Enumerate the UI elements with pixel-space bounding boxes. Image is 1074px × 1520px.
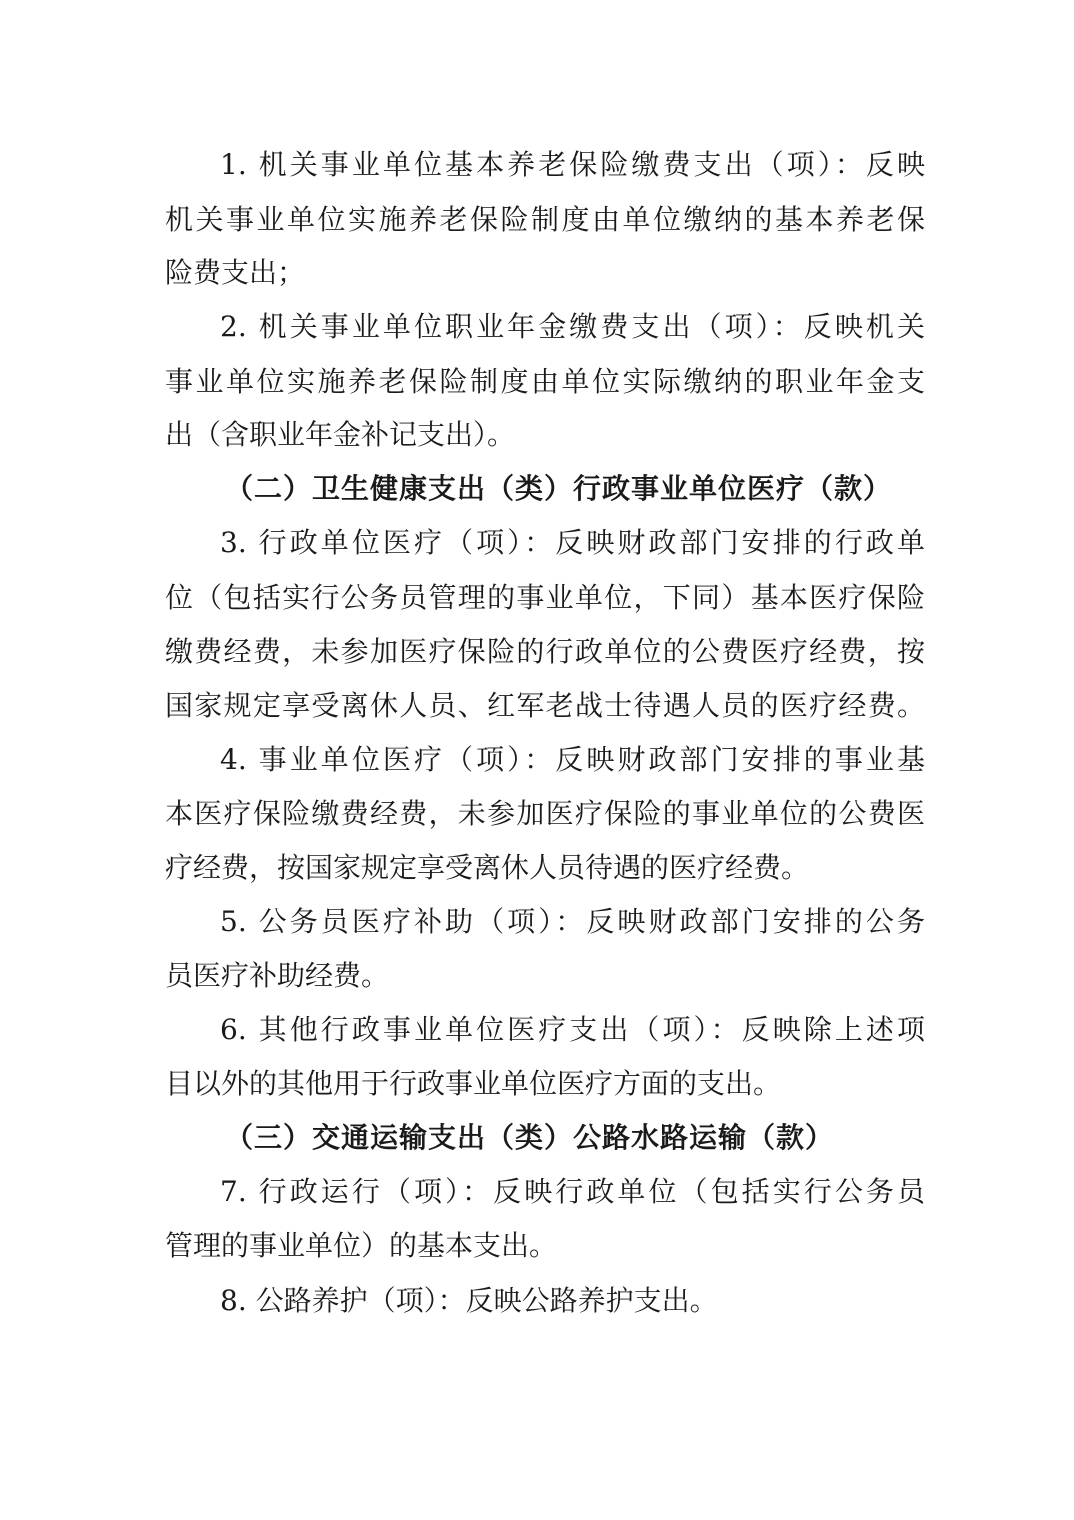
paragraph-7-line-1: 7. 行政运行（项）：反映行政单位（包括实行公务员 xyxy=(220,1172,925,1212)
section-heading-health: （二）卫生健康支出（类）行政事业单位医疗（款） xyxy=(225,469,892,509)
paragraph-3-line-2: 位（包括实行公务员管理的事业单位，下同）基本医疗保险 xyxy=(165,578,925,618)
section-heading-transport: （三）交通运输支出（类）公路水路运输（款） xyxy=(225,1118,834,1158)
paragraph-4-line-1: 4. 事业单位医疗（项）：反映财政部门安排的事业基 xyxy=(220,740,925,780)
paragraph-3-line-1: 3. 行政单位医疗（项）：反映财政部门安排的行政单 xyxy=(220,523,925,563)
paragraph-3-line-4: 国家规定享受离休人员、红军老战士待遇人员的医疗经费。 xyxy=(165,686,925,726)
document-page: 1. 机关事业单位基本养老保险缴费支出（项）：反映 机关事业单位实施养老保险制度… xyxy=(0,0,1074,1520)
paragraph-1-line-1: 1. 机关事业单位基本养老保险缴费支出（项）：反映 xyxy=(220,145,925,185)
paragraph-5-line-1: 5. 公务员医疗补助（项）：反映财政部门安排的公务 xyxy=(220,902,925,942)
paragraph-7-line-2: 管理的事业单位）的基本支出。 xyxy=(165,1226,925,1266)
paragraph-5-line-2: 员医疗补助经费。 xyxy=(165,956,925,996)
paragraph-1-line-2: 机关事业单位实施养老保险制度由单位缴纳的基本养老保 xyxy=(165,200,925,240)
paragraph-6-line-1: 6. 其他行政事业单位医疗支出（项）：反映除上述项 xyxy=(220,1010,925,1050)
paragraph-8-line-1: 8. 公路养护（项）：反映公路养护支出。 xyxy=(220,1281,925,1321)
paragraph-2-line-2: 事业单位实施养老保险制度由单位实际缴纳的职业年金支 xyxy=(165,362,925,402)
paragraph-2-line-3: 出（含职业年金补记支出）。 xyxy=(165,415,925,455)
paragraph-6-line-2: 目以外的其他用于行政事业单位医疗方面的支出。 xyxy=(165,1064,925,1104)
paragraph-4-line-3: 疗经费，按国家规定享受离休人员待遇的医疗经费。 xyxy=(165,848,925,888)
paragraph-3-line-3: 缴费经费，未参加医疗保险的行政单位的公费医疗经费，按 xyxy=(165,632,925,672)
paragraph-2-line-1: 2. 机关事业单位职业年金缴费支出（项）：反映机关 xyxy=(220,307,925,347)
paragraph-1-line-3: 险费支出； xyxy=(165,253,925,293)
paragraph-4-line-2: 本医疗保险缴费经费，未参加医疗保险的事业单位的公费医 xyxy=(165,794,925,834)
